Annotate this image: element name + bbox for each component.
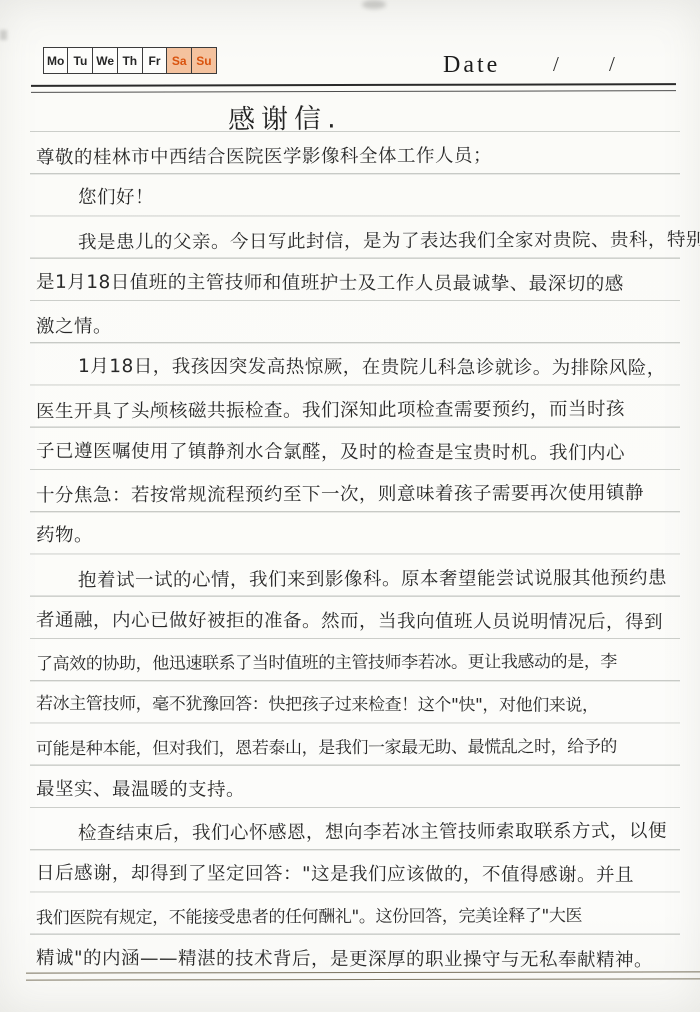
notebook-page: Mo Tu We Th Fr Sa Su Date / / 感谢信. 尊敬的桂林… <box>0 0 700 1012</box>
handwritten-line: 若冰主管技师，毫不犹豫回答：快把孩子过来检查！这个"快"，对他们来说， <box>36 679 686 724</box>
weekday-cell-tu: Tu <box>67 47 93 74</box>
weekday-cell-th: Th <box>117 47 143 74</box>
handwritten-line: 了高效的协助，他迅速联系了当时值班的主管技师李若冰。更让我感动的是，李 <box>36 637 686 682</box>
handwritten-line: 我是患儿的父亲。今日写此封信，是为了表达我们全家对贵院、贵科，特别 <box>36 214 686 259</box>
handwritten-line: 抱着试一试的心情，我们来到影像科。原本奢望能尝试说服其他预约患 <box>36 552 686 597</box>
scan-edge-mark <box>0 30 7 40</box>
header-double-rule <box>31 83 676 93</box>
date-slash-1: / <box>553 52 559 77</box>
handwritten-line: 激之情。 <box>36 299 686 344</box>
handwritten-line: 日后感谢，却得到了坚定回答："这是我们应该做的，不值得感谢。并且 <box>36 848 686 893</box>
weekday-cell-we: We <box>92 47 118 74</box>
handwritten-line: 可能是种本能，但对我们，恩若泰山，是我们一家最无助、最慌乱之时，给予的 <box>36 721 686 766</box>
weekday-cell-sa-highlighted: Sa <box>166 47 192 74</box>
handwritten-line: 是1月18日值班的主管技师和值班护士及工作人员最诚挚、最深切的感 <box>36 257 686 302</box>
date-slash-2: / <box>609 52 615 77</box>
handwritten-line: 者通融，内心已做好被拒的准备。然而，当我向值班人员说明情况后，得到 <box>36 595 686 640</box>
handwritten-line: 子已遵医嘱使用了镇静剂水合氯醛，及时的检查是宝贵时机。我们内心 <box>36 426 686 471</box>
letter-body: 尊敬的桂林市中西结合医院医学影像科全体工作人员； 您们好！ 我是患儿的父亲。今日… <box>36 131 686 976</box>
handwritten-line: 1月18日，我孩因突发高热惊厥，在贵院儿科急诊就诊。为排除风险， <box>36 341 686 386</box>
handwritten-line: 医生开具了头颅核磁共振检查。我们深知此项检查需要预约，而当时孩 <box>36 383 686 428</box>
date-label: Date <box>443 52 500 79</box>
weekday-cell-mo: Mo <box>43 47 69 74</box>
handwritten-line-closing: 精诚"的内涵——精湛的技术背后，是更深厚的职业操守与无私奉献精神。 <box>36 933 686 978</box>
handwritten-line: 药物。 <box>36 510 686 555</box>
handwritten-line: 最坚实、最温暖的支持。 <box>36 764 686 809</box>
handwritten-line: 十分焦急：若按常规流程预约至下一次，则意味着孩子需要再次使用镇静 <box>36 468 686 513</box>
weekday-strip: Mo Tu We Th Fr Sa Su <box>44 47 217 74</box>
handwritten-line-salutation: 尊敬的桂林市中西结合医院医学影像科全体工作人员； <box>36 130 686 175</box>
handwritten-line-greeting: 您们好！ <box>36 172 686 217</box>
weekday-cell-su-highlighted: Su <box>191 47 217 74</box>
handwritten-line: 检查结束后，我们心怀感恩，想向李若冰主管技师索取联系方式，以便 <box>36 806 686 851</box>
weekday-cell-fr: Fr <box>142 47 168 74</box>
handwritten-line: 我们医院有规定，不能接受患者的任何酬礼"。这份回答，完美诠释了"大医 <box>36 890 686 935</box>
scan-smudge <box>362 0 386 9</box>
